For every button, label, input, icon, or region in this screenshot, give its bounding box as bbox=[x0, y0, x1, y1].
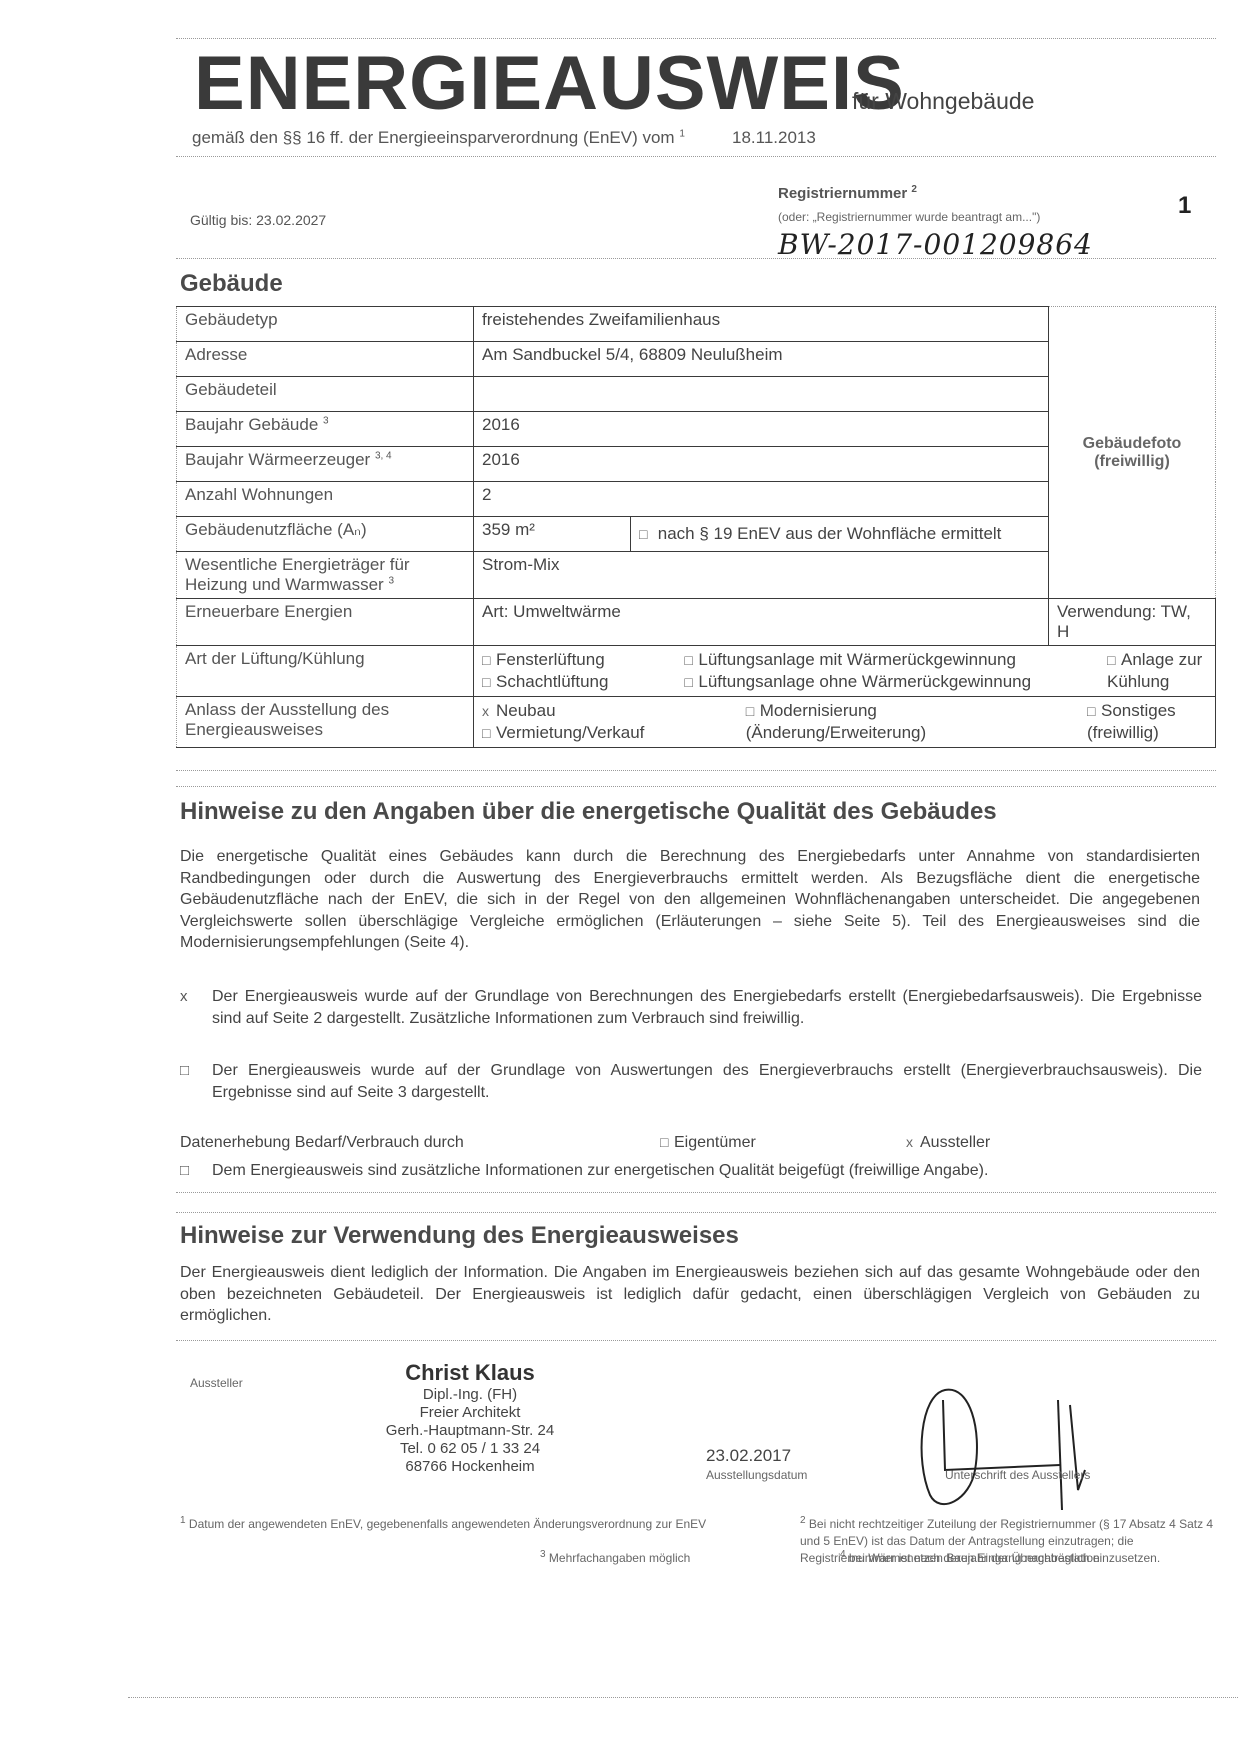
checkbox-unchecked-icon: □ bbox=[482, 649, 496, 671]
option-consumption-certificate: Der Energieausweis wurde auf der Grundla… bbox=[212, 1060, 1202, 1103]
checkbox-unchecked-icon[interactable]: □ bbox=[180, 1162, 189, 1179]
checkbox-unchecked-icon: □ bbox=[660, 1134, 674, 1150]
divider bbox=[176, 1192, 1216, 1193]
divider bbox=[176, 770, 1216, 771]
row-value: Am Sandbuckel 5/4, 68809 Neulußheim bbox=[474, 342, 1049, 377]
checkbox-unchecked-icon: □ bbox=[684, 671, 698, 693]
footnote-4: 4 bei Wärmenetzen Baujahr der Übergabest… bbox=[840, 1546, 1100, 1567]
quality-notes-paragraph: Die energetische Qualität eines Gebäudes… bbox=[180, 846, 1200, 954]
row-label: Baujahr Gebäude 3 bbox=[177, 412, 474, 447]
checkbox-unchecked-icon: □ bbox=[1107, 649, 1121, 671]
row-label: Adresse bbox=[177, 342, 474, 377]
reason-options: xNeubau □Vermietung/Verkauf □Modernisier… bbox=[474, 697, 1216, 748]
divider bbox=[176, 1212, 1216, 1213]
checkbox-checked-icon: x bbox=[482, 700, 496, 722]
row-value: 359 m² bbox=[474, 517, 631, 552]
data-collection-owner[interactable]: □Eigentümer bbox=[660, 1134, 756, 1152]
table-row: Art der Lüftung/Kühlung □Fensterlüftung … bbox=[177, 646, 1216, 697]
row-label: Gebäudeteil bbox=[177, 377, 474, 412]
energy-certificate-page: ENERGIEAUSWEIS für Wohngebäude gemäß den… bbox=[0, 0, 1240, 1754]
area-method-option[interactable]: □ nach § 19 EnEV aus der Wohnfläche ermi… bbox=[631, 517, 1049, 552]
issuer-street: Gerh.-Hauptmann-Str. 24 bbox=[340, 1422, 600, 1440]
footnote-3: 3 Mehrfachangaben möglich bbox=[540, 1546, 690, 1567]
signature-label: Unterschrift des Ausstellers bbox=[945, 1468, 1090, 1482]
checkbox-checked-icon[interactable]: x bbox=[180, 988, 188, 1005]
option-rent-sale[interactable]: □Vermietung/Verkauf bbox=[482, 722, 644, 744]
registration-divider bbox=[176, 258, 1216, 259]
option-shaft-ventilation[interactable]: □Schachtlüftung bbox=[482, 671, 608, 693]
checkbox-unchecked-icon: □ bbox=[482, 722, 496, 744]
enev-date: 18.11.2013 bbox=[732, 128, 816, 148]
document-subtitle: für Wohngebäude bbox=[852, 88, 1034, 115]
row-label: Wesentliche Energieträger für Heizung un… bbox=[177, 552, 474, 599]
usage-notes-paragraph: Der Energieausweis dient lediglich der I… bbox=[180, 1262, 1200, 1327]
checkbox-unchecked-icon: □ bbox=[746, 700, 760, 722]
row-value bbox=[474, 377, 1049, 412]
row-value: Strom-Mix bbox=[474, 552, 1049, 599]
ventilation-options: □Fensterlüftung □Schachtlüftung □Lüftung… bbox=[474, 646, 1216, 697]
section-quality-notes-title: Hinweise zu den Angaben über die energet… bbox=[180, 798, 997, 826]
building-table: Gebäudetyp freistehendes Zweifamilienhau… bbox=[176, 306, 1216, 748]
additional-info-option: Dem Energieausweis sind zusätzliche Info… bbox=[212, 1160, 1202, 1182]
document-title: ENERGIEAUSWEIS bbox=[194, 46, 905, 122]
top-border bbox=[176, 38, 1216, 39]
issuer-label: Aussteller bbox=[190, 1376, 243, 1390]
row-label: Anzahl Wohnungen bbox=[177, 482, 474, 517]
issuer-name: Christ Klaus bbox=[340, 1360, 600, 1386]
section-usage-notes-title: Hinweise zur Verwendung des Energieauswe… bbox=[180, 1222, 739, 1250]
row-label: Art der Lüftung/Kühlung bbox=[177, 646, 474, 697]
option-ventilation-without-recovery[interactable]: □Lüftungsanlage ohne Wärmerückgewinnung bbox=[684, 671, 1031, 693]
row-value: 2016 bbox=[474, 412, 1049, 447]
issuer-phone: Tel. 0 62 05 / 1 33 24 bbox=[340, 1440, 600, 1458]
row-value: freistehendes Zweifamilienhaus bbox=[474, 307, 1049, 342]
option-window-ventilation[interactable]: □Fensterlüftung bbox=[482, 649, 608, 671]
footnote-1: 1 Datum der angewendeten EnEV, gegebenen… bbox=[180, 1512, 800, 1533]
issuer-stamp: Christ Klaus Dipl.-Ing. (FH) Freier Arch… bbox=[340, 1360, 600, 1476]
checkbox-unchecked-icon: □ bbox=[482, 671, 496, 693]
row-value: 2 bbox=[474, 482, 1049, 517]
table-row: Erneuerbare Energien Art: Umweltwärme Ve… bbox=[177, 599, 1216, 646]
row-label: Baujahr Wärmeerzeuger 3, 4 bbox=[177, 447, 474, 482]
bottom-scan-edge bbox=[128, 1697, 1238, 1698]
page-number: 1 bbox=[1178, 192, 1191, 220]
option-modernisation[interactable]: □Modernisierung (Änderung/Erweiterung) bbox=[746, 700, 986, 744]
row-label: Erneuerbare Energien bbox=[177, 599, 474, 646]
registration-label: Registriernummer 2 bbox=[778, 184, 917, 202]
building-photo-placeholder: Gebäudefoto (freiwillig) bbox=[1049, 307, 1216, 599]
data-collection-label: Datenerhebung Bedarf/Verbrauch durch bbox=[180, 1134, 464, 1152]
option-other[interactable]: □Sonstiges (freiwillig) bbox=[1087, 700, 1207, 744]
divider bbox=[176, 1340, 1216, 1341]
section-building-title: Gebäude bbox=[180, 270, 283, 298]
checkbox-unchecked-icon[interactable]: □ bbox=[639, 526, 653, 542]
renewable-type: Art: Umweltwärme bbox=[474, 599, 1049, 646]
valid-until: Gültig bis: 23.02.2027 bbox=[190, 212, 326, 228]
row-value: 2016 bbox=[474, 447, 1049, 482]
row-label: Gebäudenutzfläche (Aₙ) bbox=[177, 517, 474, 552]
table-row: Anlass der Ausstellung des Energieauswei… bbox=[177, 697, 1216, 748]
issue-date-label: Ausstellungsdatum bbox=[706, 1468, 807, 1482]
option-new-build[interactable]: xNeubau bbox=[482, 700, 644, 722]
issuer-profession: Freier Architekt bbox=[340, 1404, 600, 1422]
option-ventilation-with-recovery[interactable]: □Lüftungsanlage mit Wärmerückgewinnung bbox=[684, 649, 1031, 671]
header-divider bbox=[176, 156, 1216, 157]
option-cooling[interactable]: □Anlage zur Kühlung bbox=[1107, 649, 1207, 693]
data-collection-issuer[interactable]: xAussteller bbox=[906, 1134, 990, 1152]
issuer-city: 68766 Hockenheim bbox=[340, 1458, 600, 1476]
checkbox-unchecked-icon: □ bbox=[684, 649, 698, 671]
issuer-title: Dipl.-Ing. (FH) bbox=[340, 1386, 600, 1404]
registration-note: (oder: „Registriernummer wurde beantragt… bbox=[778, 210, 1040, 224]
option-demand-certificate: Der Energieausweis wurde auf der Grundla… bbox=[212, 986, 1202, 1029]
row-label: Gebäudetyp bbox=[177, 307, 474, 342]
checkbox-checked-icon: x bbox=[906, 1134, 920, 1150]
checkbox-unchecked-icon: □ bbox=[1087, 700, 1101, 722]
renewable-usage: Verwendung: TW, H bbox=[1049, 599, 1216, 646]
table-row: Gebäudetyp freistehendes Zweifamilienhau… bbox=[177, 307, 1216, 342]
divider bbox=[176, 786, 1216, 787]
registration-number: BW-2017-001209864 bbox=[778, 228, 1093, 261]
enev-reference: gemäß den §§ 16 ff. der Energieeinsparve… bbox=[192, 128, 685, 148]
signature-icon bbox=[910, 1370, 1150, 1510]
issue-date: 23.02.2017 bbox=[706, 1446, 791, 1466]
row-label: Anlass der Ausstellung des Energieauswei… bbox=[177, 697, 474, 748]
checkbox-unchecked-icon[interactable]: □ bbox=[180, 1062, 189, 1079]
